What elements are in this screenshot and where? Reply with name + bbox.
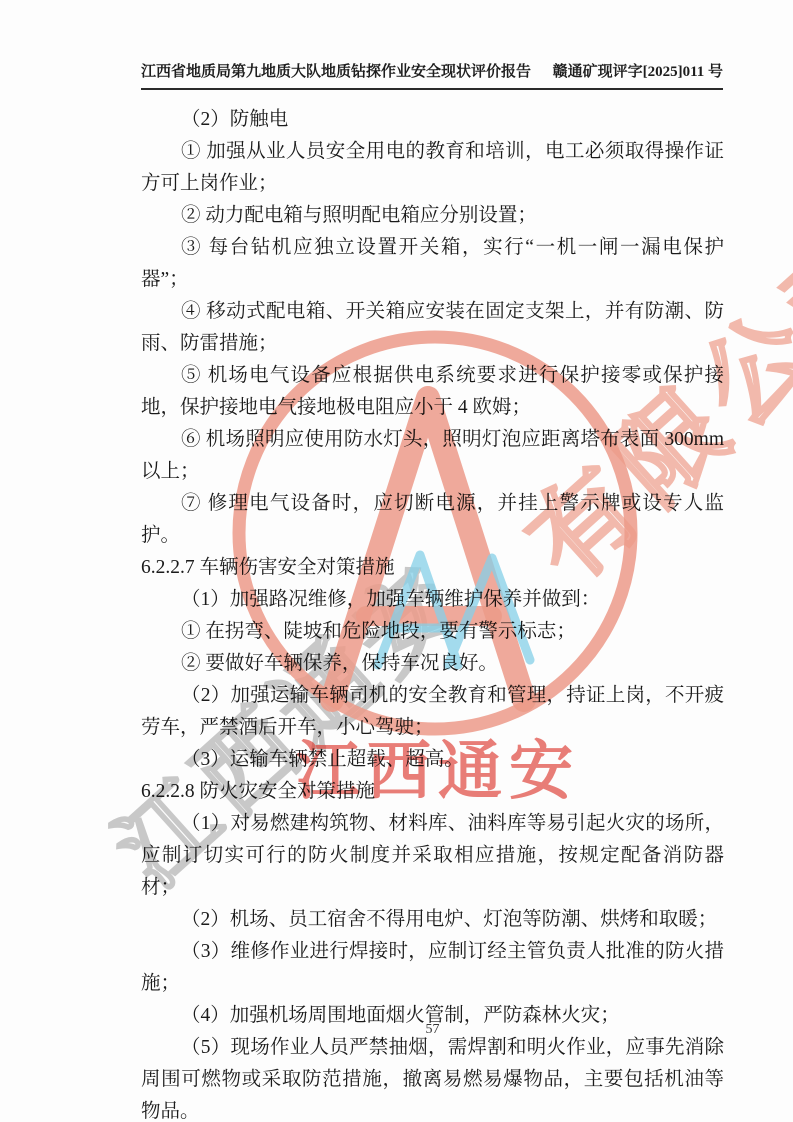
paragraph: （5）现场作业人员严禁抽烟，需焊割和明火作业，应事先消除周围可燃物或采取防范措施… xyxy=(141,1032,724,1122)
page-header: 江西省地质局第九地质大队地质钻探作业安全现状评价报告 赣通矿现评字[2025]0… xyxy=(141,60,723,90)
section-heading: 6.2.2.8 防火灾安全对策措施 xyxy=(141,776,724,808)
paragraph: ② 动力配电箱与照明配电箱应分别设置； xyxy=(141,200,724,232)
paragraph: （3）运输车辆禁止超载、超高。 xyxy=(141,744,724,776)
document-page: 江西省地质局第九地质大队地质钻探作业安全现状评价报告 赣通矿现评字[2025]0… xyxy=(0,0,793,1122)
paragraph: ② 要做好车辆保养，保持车况良好。 xyxy=(141,648,724,680)
paragraph: ① 在拐弯、陡坡和危险地段，要有警示标志； xyxy=(141,616,724,648)
paragraph: ⑥ 机场照明应使用防水灯头，照明灯泡应距离塔布表面 300mm 以上； xyxy=(141,424,724,488)
paragraph: （3）维修作业进行焊接时，应制订经主管负责人批准的防火措施； xyxy=(141,936,724,1000)
document-body: （2）防触电① 加强从业人员安全用电的教育和培训，电工必须取得操作证方可上岗作业… xyxy=(141,104,724,1122)
paragraph: （2）机场、员工宿舍不得用电炉、灯泡等防潮、烘烤和取暖； xyxy=(141,904,724,936)
paragraph: （2）加强运输车辆司机的安全教育和管理，持证上岗，不开疲劳车，严禁酒后开车，小心… xyxy=(141,680,724,744)
paragraph: ① 加强从业人员安全用电的教育和培训，电工必须取得操作证方可上岗作业； xyxy=(141,136,724,200)
paragraph: （2）防触电 xyxy=(141,104,724,136)
paragraph: ⑦ 修理电气设备时，应切断电源，并挂上警示牌或设专人监护。 xyxy=(141,488,724,552)
paragraph: ③ 每台钻机应独立设置开关箱，实行“一机一闸一漏电保护器”； xyxy=(141,232,724,296)
page-number: 57 xyxy=(141,1022,724,1038)
paragraph: （1）对易燃建构筑物、材料库、油料库等易引起火灾的场所，应制订切实可行的防火制度… xyxy=(141,808,724,904)
paragraph: ④ 移动式配电箱、开关箱应安装在固定支架上，并有防潮、防雨、防雷措施； xyxy=(141,296,724,360)
header-doc-number: 赣通矿现评字[2025]011 号 xyxy=(553,60,723,81)
paragraph: （1）加强路况维修，加强车辆维护保养并做到： xyxy=(141,584,724,616)
header-report-title: 江西省地质局第九地质大队地质钻探作业安全现状评价报告 xyxy=(141,60,531,81)
paragraph: ⑤ 机场电气设备应根据供电系统要求进行保护接零或保护接地，保护接地电气接地极电阻… xyxy=(141,360,724,424)
section-heading: 6.2.2.7 车辆伤害安全对策措施 xyxy=(141,552,724,584)
